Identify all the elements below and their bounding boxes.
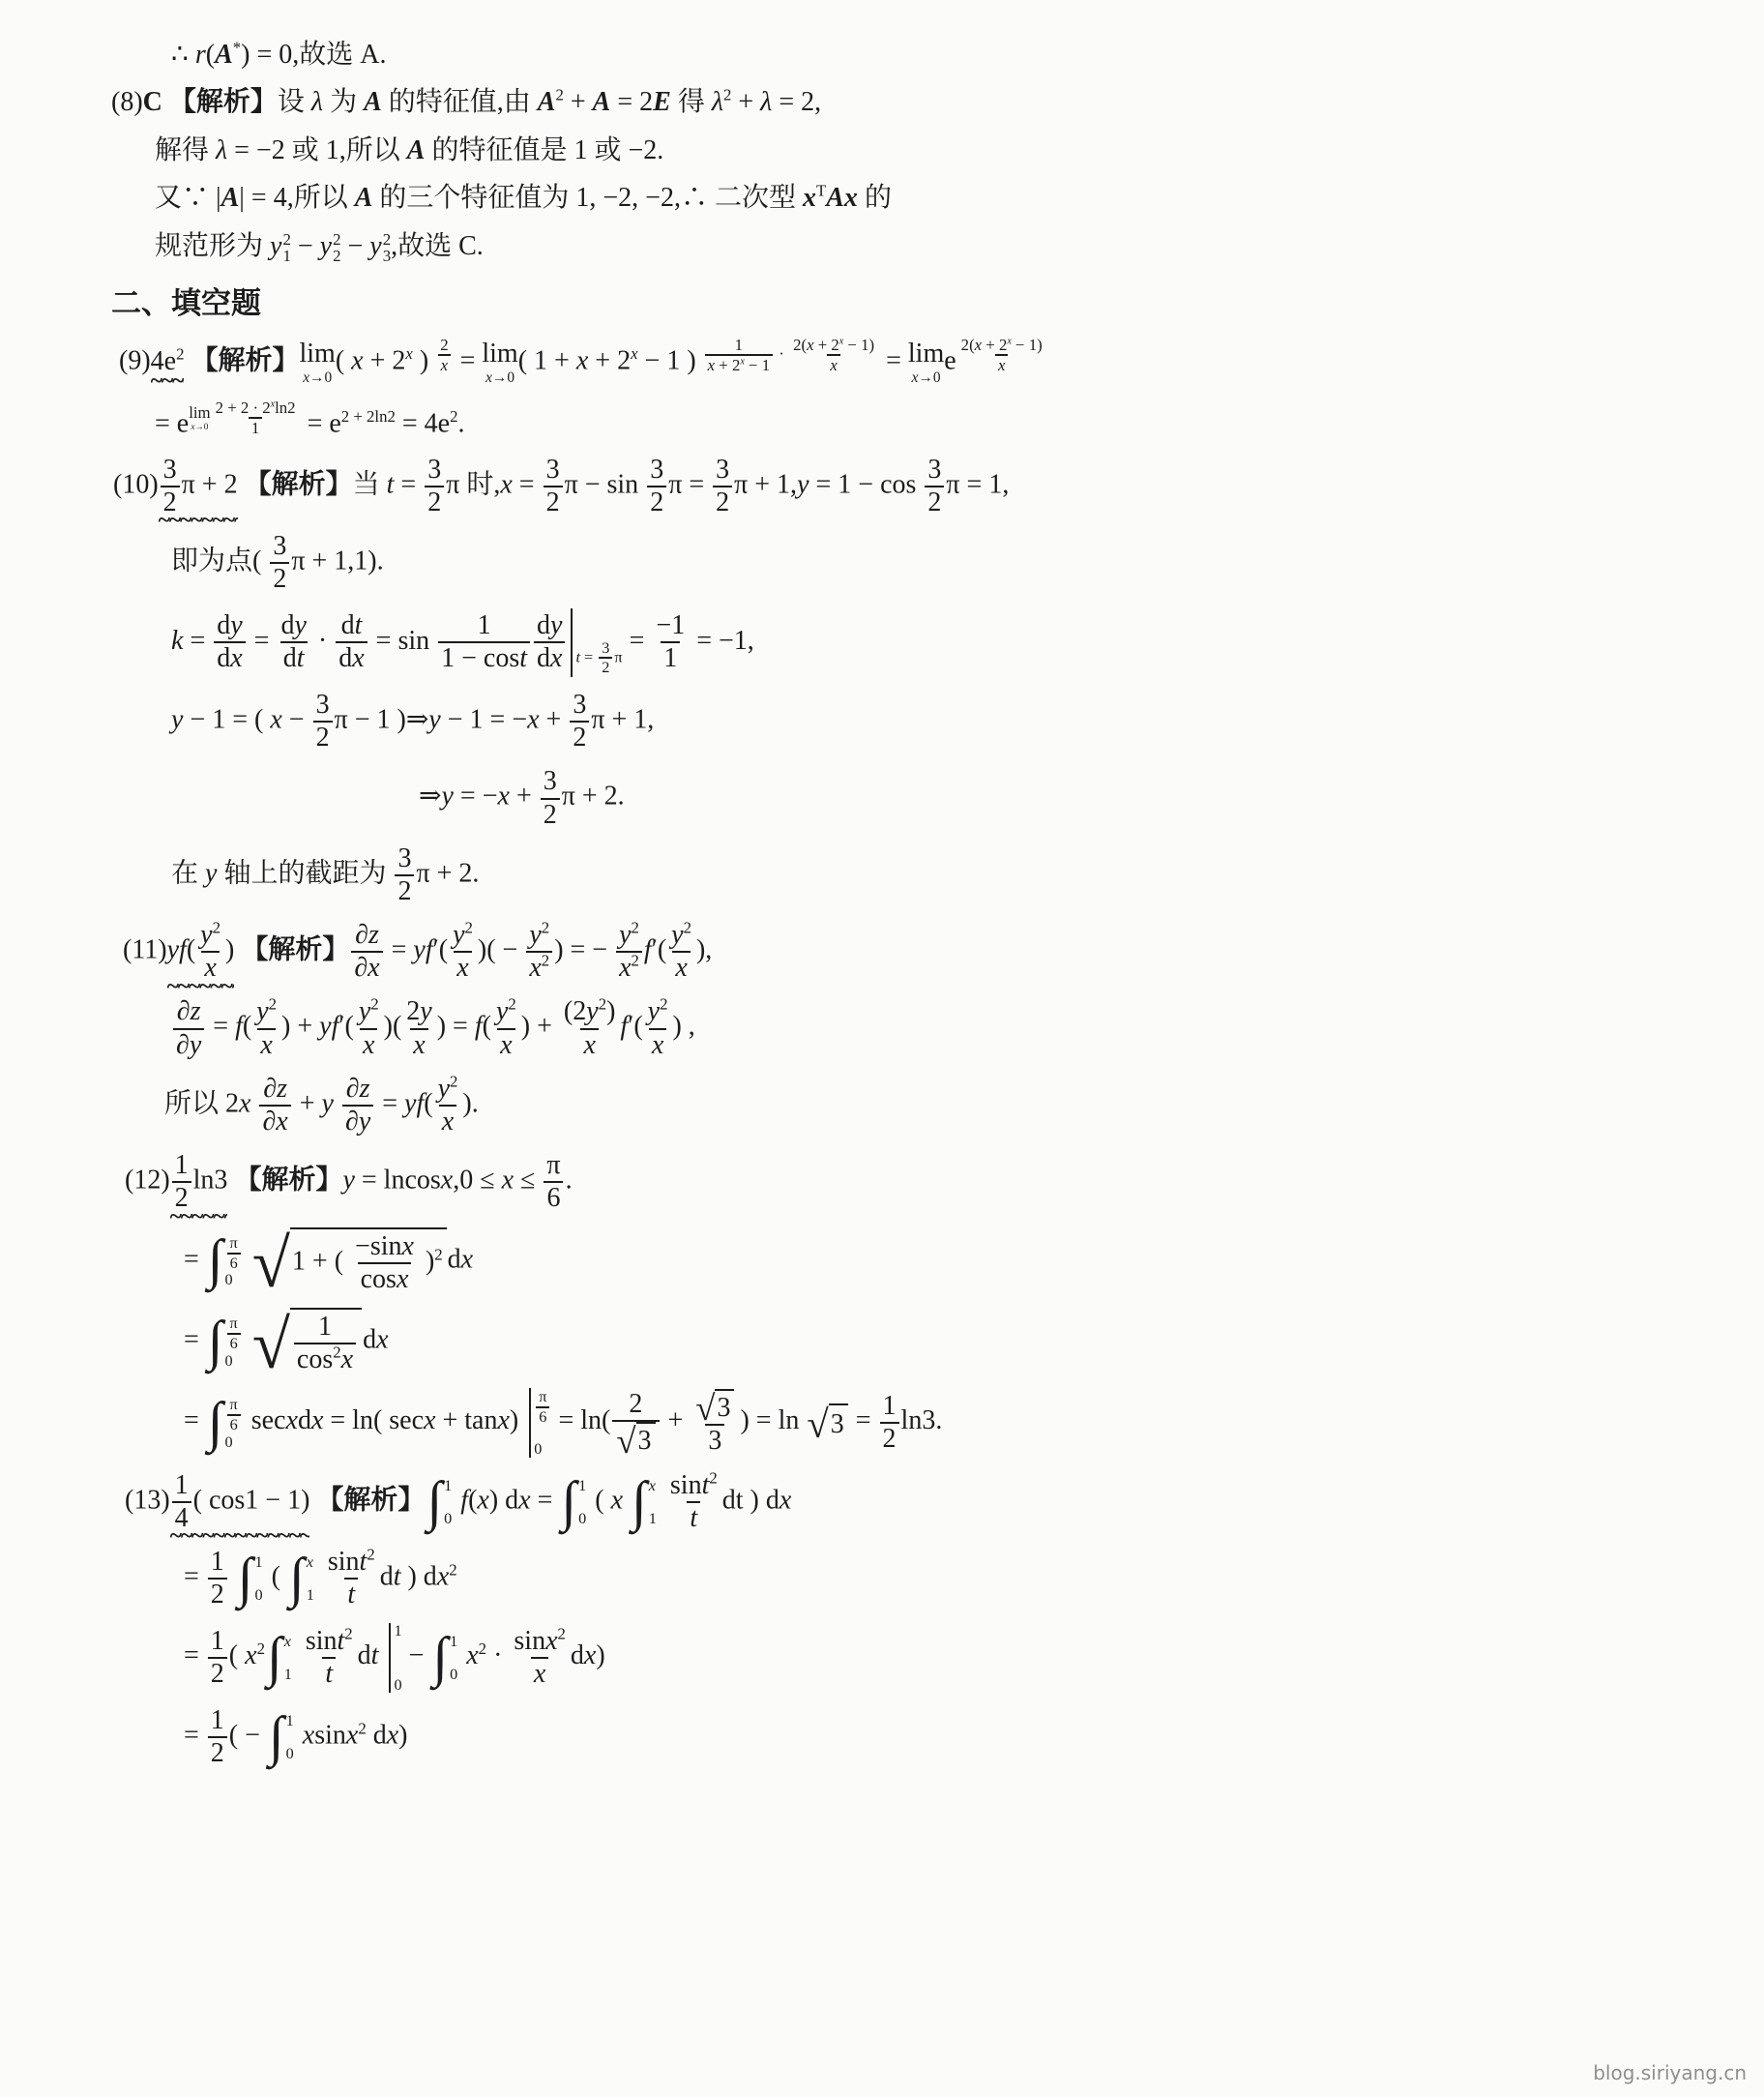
watermark: blog.siriyang.cn: [1593, 2060, 1747, 2085]
q13-solution-1: (13)14( cos1 − 1) 【解析】∫10 f(x) dx = ∫10 …: [125, 1470, 1706, 1534]
q10-solution-3: k = dydx = dydt · dtdx = sin 11 − costdy…: [171, 608, 1706, 677]
q8-solution-4: 规范形为 y21 − y22 − y23,故选 C.: [155, 229, 1706, 265]
q8-solution-3: 又∵ |A| = 4,所以 A 的三个特征值为 1, −2, −2,∴ 二次型 …: [155, 181, 1706, 216]
q11-solution-2: ∂z∂y = f(y2x) + yf′(y2x)(2yx) = f(y2x) +…: [171, 996, 1706, 1060]
scanned-document-page: ∴ r(A*) = 0,故选 A.(8)C 【解析】设 λ 为 A 的特征值,由…: [0, 0, 1764, 2097]
q13-solution-2: = 12 ∫10 ( ∫x1 sint2tdt ) dx2: [184, 1547, 1706, 1610]
solution-document-body: ∴ r(A*) = 0,故选 A.(8)C 【解析】设 λ 为 A 的特征值,由…: [0, 0, 1764, 1798]
q13-solution-4: = 12( − ∫10 xsinx2 dx): [184, 1705, 1706, 1769]
q11-solution-1: (11)yf(y2x) 【解析】∂z∂x = yf′(y2x)( − y2x2)…: [123, 920, 1706, 984]
q8-solution-1: (8)C 【解析】设 λ 为 A 的特征值,由 A2 + A = 2E 得 λ2…: [111, 85, 1706, 120]
q9-solution-1: (9)4e2 【解析】limx→0( x + 2x ) 2x = limx→0(…: [119, 336, 1706, 386]
q10-solution-5: ⇒y = −x + 32π + 2.: [419, 766, 1706, 830]
q12-solution-3: = ∫π60 √1cos2xdx: [184, 1308, 1706, 1375]
q10-solution-4: y − 1 = ( x − 32π − 1 )⇒y − 1 = −x + 32π…: [171, 690, 1706, 753]
q10-solution-1: (10)32π + 2 【解析】当 t = 32π 时,x = 32π − si…: [113, 455, 1706, 518]
q12-solution-2: = ∫π60 √1 + ( −sinxcosx )2dx: [184, 1227, 1706, 1295]
q10-solution-6: 在 y 轴上的截距为 32π + 2.: [171, 843, 1706, 907]
q12-solution-1: (12)12ln3 【解析】y = lncosx,0 ≤ x ≤ π6.: [125, 1150, 1706, 1214]
q7-conclusion: ∴ r(A*) = 0,故选 A.: [171, 38, 1706, 73]
q11-solution-3: 所以 2x ∂z∂x + y ∂z∂y = yf(y2x).: [164, 1074, 1706, 1137]
q9-solution-2: = elimx→02 + 2 · 2xln21 = e2 + 2ln2 = 4e…: [155, 399, 1706, 442]
section-2-header: 二、填空题: [111, 284, 1706, 323]
q13-solution-3: = 12( x2∫x1 sint2tdt 10 − ∫10 x2 · sinx2…: [184, 1623, 1706, 1692]
q10-solution-2: 即为点( 32π + 1,1).: [171, 531, 1706, 595]
q8-solution-2: 解得 λ = −2 或 1,所以 A 的特征值是 1 或 −2.: [155, 133, 1706, 168]
q12-solution-4: = ∫π60 secxdx = ln( secx + tanx) π60 = l…: [184, 1388, 1706, 1457]
